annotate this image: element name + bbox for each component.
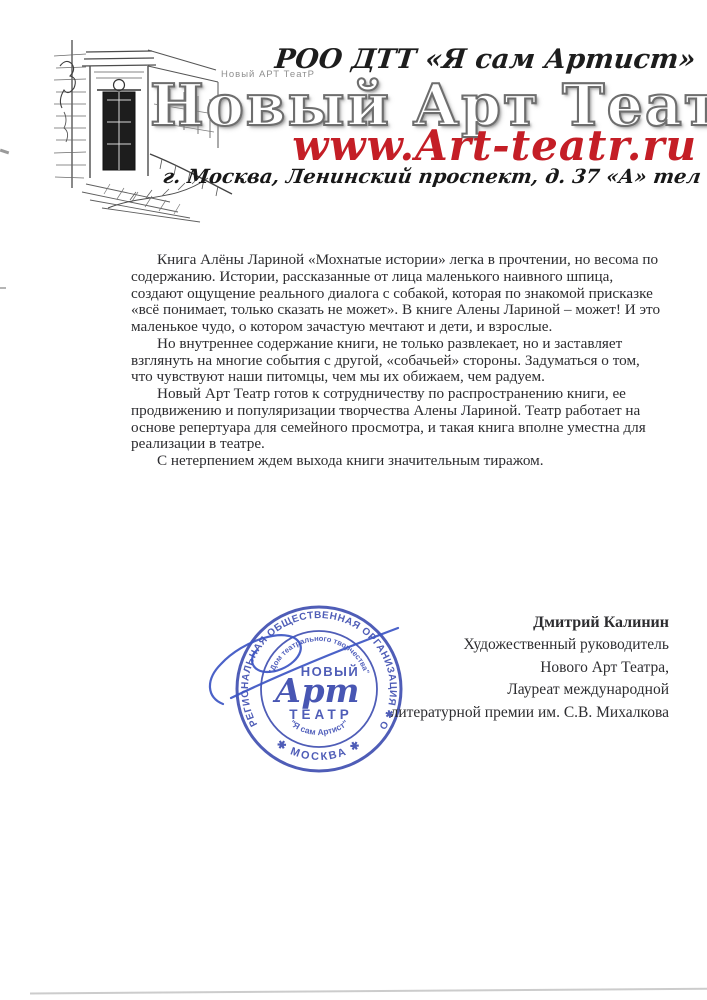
paragraph-4: С нетерпением ждем выхода книги значител… xyxy=(131,453,663,470)
signatory-title-1: Художественный руководитель xyxy=(391,634,669,656)
scanned-letter-page: Новый АРТ ТеатР РОО ДТТ «Я сам Артист» Н… xyxy=(0,0,707,1000)
signatory-title-2: Нового Арт Театра, xyxy=(391,657,669,679)
paragraph-3: Новый Арт Театр готов к сотрудничеству п… xyxy=(131,386,663,453)
scan-speck xyxy=(0,287,6,289)
scan-page-edge xyxy=(30,988,707,994)
paragraph-2: Но внутреннее содержание книги, не тольк… xyxy=(131,336,663,386)
org-name-script: РОО ДТТ «Я сам Артист» xyxy=(273,44,697,75)
stamp-city-text: ✱ МОСКВА ✱ xyxy=(274,738,364,763)
scan-speck xyxy=(0,149,9,155)
signatory-name: Дмитрий Калинин xyxy=(391,612,669,634)
signatory-title-4: литературной премии им. С.В. Михалкова xyxy=(391,702,669,724)
website-url: www.Art-teatr.ru xyxy=(292,121,697,170)
letter-body: Книга Алёны Лариной «Мохнатые истории» л… xyxy=(131,252,663,470)
signature-block: Дмитрий Калинин Художественный руководит… xyxy=(391,612,669,724)
signatory-title-3: Лауреат международной xyxy=(391,679,669,701)
address-line: г. Москва, Ленинский проспект, д. 37 «А»… xyxy=(161,165,707,188)
svg-text:✱ МОСКВА ✱: ✱ МОСКВА ✱ xyxy=(274,738,364,763)
paragraph-1: Книга Алёны Лариной «Мохнатые истории» л… xyxy=(131,252,663,336)
